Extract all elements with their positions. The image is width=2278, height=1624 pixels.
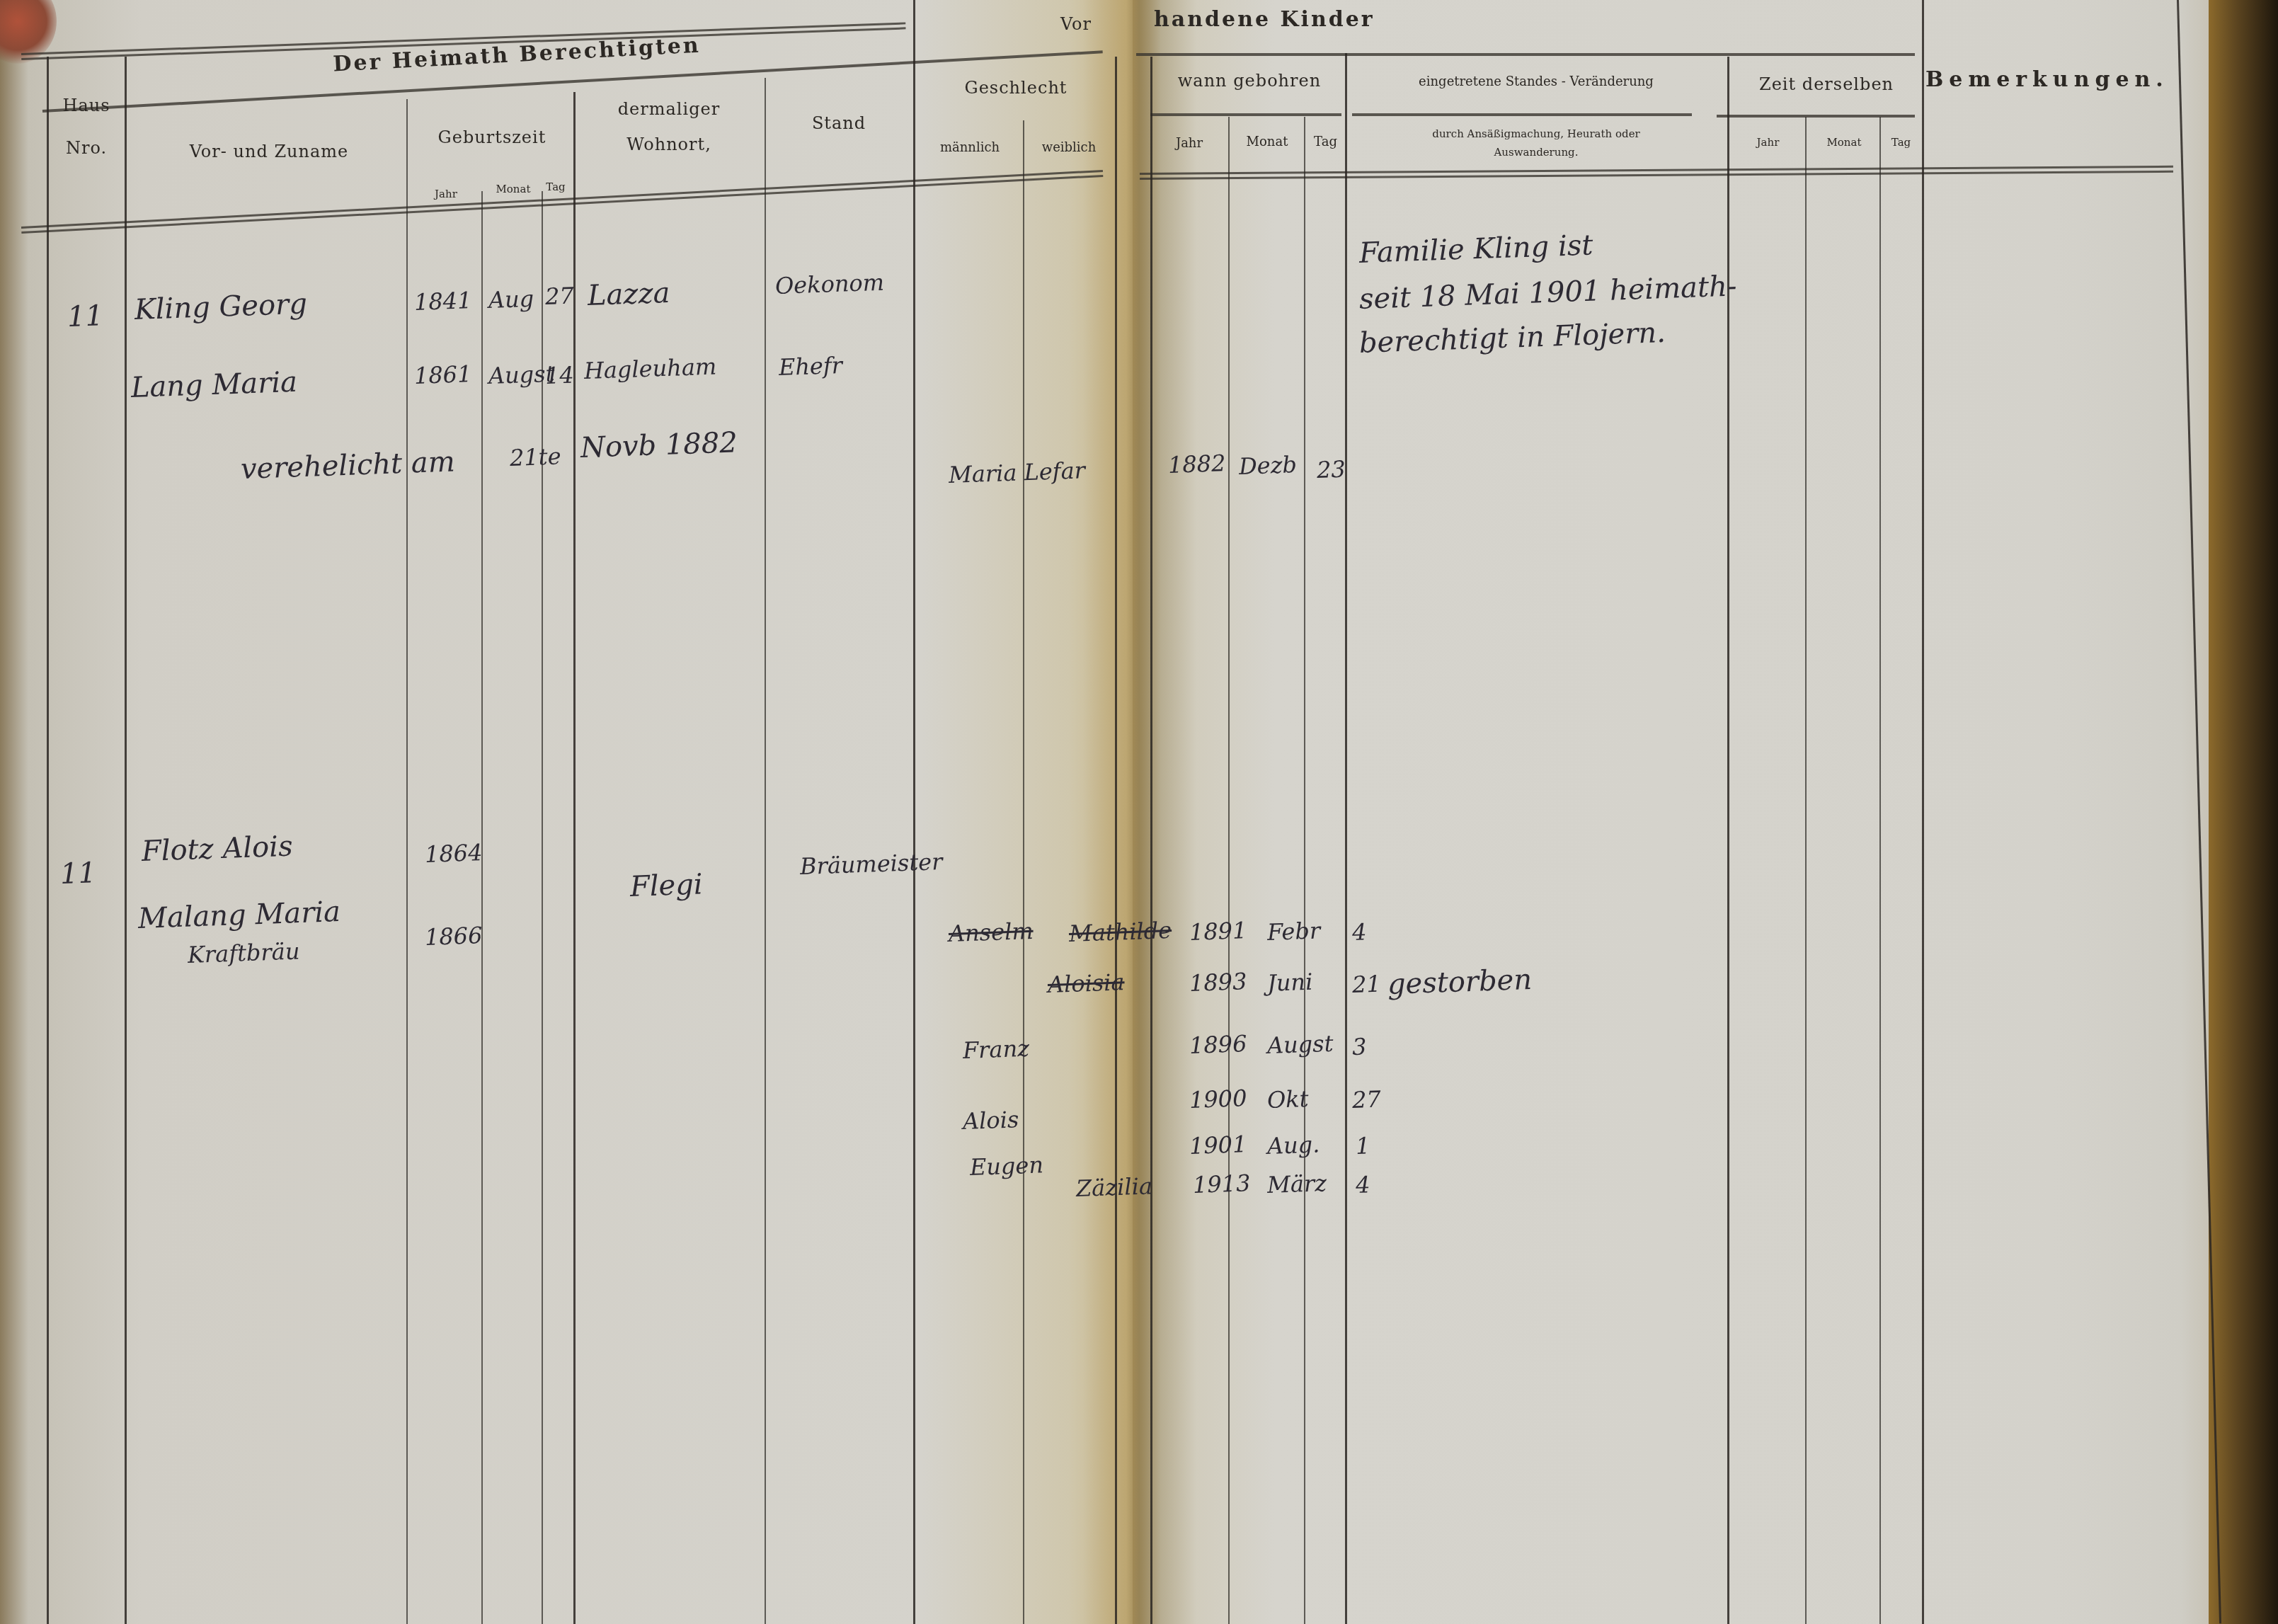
col-line bbox=[1115, 57, 1117, 1624]
entry1-child1-jahr: 1882 bbox=[1167, 450, 1226, 479]
entry1-child1-monat: Dezb bbox=[1238, 451, 1297, 480]
ledger-spread: Haus Nro. Der Heimath Berechtigten Vor- … bbox=[0, 0, 2278, 1624]
entry2-child4-name-m: Alois bbox=[962, 1106, 1019, 1135]
col-line bbox=[1922, 0, 1924, 1624]
entry1-child1-name: Maria Lefar bbox=[948, 457, 1085, 488]
entry2-child2-tag: 21 bbox=[1351, 971, 1381, 998]
header-zeit-tag: Tag bbox=[1882, 136, 1921, 149]
entry2-child1-name-w: Mathilde bbox=[1068, 917, 1172, 947]
entry2-child1-name-m: Anselm bbox=[948, 917, 1034, 947]
header-stand-veraenderung-sub-1: durch Ansäßigmachung, Heurath oder bbox=[1349, 127, 1724, 140]
col-line bbox=[1150, 57, 1152, 1624]
book-edge bbox=[2209, 0, 2278, 1624]
entry1-note-c: Novb 1882 bbox=[580, 426, 738, 464]
entry1-person2-stand: Ehefr bbox=[778, 352, 842, 381]
entry2-child5-jahr: 1901 bbox=[1189, 1131, 1247, 1160]
col-line bbox=[542, 191, 543, 1624]
col-line bbox=[1345, 53, 1347, 1624]
entry2-child6-jahr: 1913 bbox=[1192, 1170, 1251, 1199]
col-line bbox=[1023, 120, 1024, 1624]
header-haus: Haus bbox=[51, 96, 122, 115]
entry1-person1-jahr: 1841 bbox=[413, 287, 472, 316]
entry2-child2-name-w: Aloisia bbox=[1047, 968, 1125, 998]
entry2-person1-name: Flotz Alois bbox=[141, 830, 293, 868]
col-line bbox=[406, 99, 408, 1624]
entry2-child1-tag: 4 bbox=[1351, 918, 1367, 946]
header-geburt-monat: Monat bbox=[485, 183, 542, 195]
header-bemerkungen: Bemerkungen. bbox=[1925, 67, 2166, 92]
header-wohnort-1: dermaliger bbox=[580, 99, 757, 119]
entry1-person1-stand: Oekonom bbox=[774, 269, 884, 299]
header-geburt-jahr: Jahr bbox=[414, 188, 478, 200]
entry1-person2-tag: 14 bbox=[544, 362, 574, 389]
entry1-person1-tag: 27 bbox=[544, 282, 574, 310]
entry2-child2-remark: gestorben bbox=[1387, 963, 1533, 1001]
header-maennlich: männlich bbox=[920, 140, 1019, 155]
col-line bbox=[481, 191, 483, 1624]
entry2-child5-name-m: Eugen bbox=[969, 1151, 1043, 1181]
right-header-top-rule bbox=[1136, 53, 1915, 56]
header-geschlecht: Geschlecht bbox=[920, 78, 1111, 98]
entry1-person2-jahr: 1861 bbox=[413, 360, 472, 389]
header-spread-left: Vor bbox=[1041, 14, 1111, 34]
entry2-child5-tag: 1 bbox=[1355, 1132, 1370, 1160]
header-stand-veraenderung-sub-2: Auswanderung. bbox=[1349, 146, 1724, 159]
header-wann-gebohren: wann gebohren bbox=[1154, 71, 1345, 91]
entry2-child3-tag: 3 bbox=[1351, 1033, 1367, 1060]
col-line bbox=[1805, 117, 1807, 1624]
right-subheader-rule-2 bbox=[1352, 113, 1692, 116]
entry2-child3-monat: Augst bbox=[1266, 1030, 1334, 1059]
entry2-person2-jahr: 1866 bbox=[424, 922, 483, 951]
entry2-child3-jahr: 1896 bbox=[1189, 1030, 1247, 1059]
entry2-haus-nr: 11 bbox=[59, 857, 96, 891]
col-line bbox=[1879, 117, 1881, 1624]
entry2-child6-monat: März bbox=[1266, 1170, 1327, 1199]
right-subheader-rule-3 bbox=[1717, 115, 1915, 118]
header-geburtszeit: Geburtszeit bbox=[411, 127, 573, 147]
entry2-child4-tag: 27 bbox=[1351, 1086, 1381, 1114]
right-page bbox=[1133, 0, 2209, 1624]
entry2-person1-wohnort: Flegi bbox=[629, 868, 703, 903]
entry2-child2-jahr: 1893 bbox=[1189, 968, 1247, 997]
col-line bbox=[125, 57, 127, 1624]
entry1-person1-wohnort: Lazza bbox=[587, 277, 670, 312]
header-geburt-tag: Tag bbox=[542, 181, 570, 193]
entry1-person1-monat: Aug bbox=[488, 285, 534, 314]
entry1-person2-wohnort: Hagleuham bbox=[583, 353, 716, 384]
left-page bbox=[0, 0, 1133, 1624]
entry2-child1-monat: Febr bbox=[1266, 917, 1320, 946]
header-kind-tag: Tag bbox=[1306, 135, 1345, 149]
entry2-child5-monat: Aug. bbox=[1266, 1131, 1320, 1160]
col-line bbox=[913, 0, 915, 1624]
header-kind-jahr: Jahr bbox=[1154, 136, 1225, 151]
entry2-person2-name2: Kraftbräu bbox=[187, 937, 300, 968]
entry1-haus-nr: 11 bbox=[67, 299, 103, 333]
col-line bbox=[573, 92, 576, 1624]
entry2-child1-jahr: 1891 bbox=[1189, 917, 1247, 946]
entry1-person2-name: Lang Maria bbox=[130, 366, 298, 404]
col-line bbox=[1304, 117, 1305, 1624]
book-gutter bbox=[1069, 0, 1196, 1624]
header-weiblich: weiblich bbox=[1026, 140, 1111, 155]
header-spread-right: handene Kinder bbox=[1154, 7, 1380, 32]
entry2-child3-name-m: Franz bbox=[962, 1035, 1029, 1064]
header-stand: Stand bbox=[772, 113, 906, 133]
entry2-child2-monat: Juni bbox=[1266, 968, 1313, 997]
entry2-child4-monat: Okt bbox=[1266, 1085, 1309, 1114]
entry2-child6-tag: 4 bbox=[1355, 1171, 1370, 1199]
header-stand-veraenderung: eingetretene Standes - Veränderung bbox=[1349, 74, 1724, 89]
entry2-child4-jahr: 1900 bbox=[1189, 1085, 1247, 1114]
header-zeit-monat: Monat bbox=[1809, 136, 1879, 149]
header-nro: Nro. bbox=[51, 138, 122, 158]
header-zeit-jahr: Jahr bbox=[1731, 136, 1805, 149]
col-line bbox=[765, 78, 766, 1624]
entry1-note-b: 21te bbox=[509, 442, 561, 471]
header-wohnort-2: Wohnort, bbox=[580, 135, 757, 154]
entry1-child1-tag: 23 bbox=[1316, 456, 1346, 484]
col-line bbox=[1228, 117, 1230, 1624]
header-kind-monat: Monat bbox=[1232, 135, 1303, 149]
header-name: Vor- und Zuname bbox=[134, 142, 403, 161]
col-line bbox=[47, 57, 49, 1624]
entry2-person1-stand: Bräumeister bbox=[799, 848, 943, 880]
entry2-person1-jahr: 1864 bbox=[424, 839, 483, 868]
entry2-child6-name-w: Zäzilia bbox=[1075, 1172, 1152, 1202]
header-zeit-derselben: Zeit derselben bbox=[1731, 74, 1922, 94]
entry1-person1-name: Kling Georg bbox=[134, 287, 307, 326]
right-subheader-rule-1 bbox=[1150, 113, 1341, 116]
